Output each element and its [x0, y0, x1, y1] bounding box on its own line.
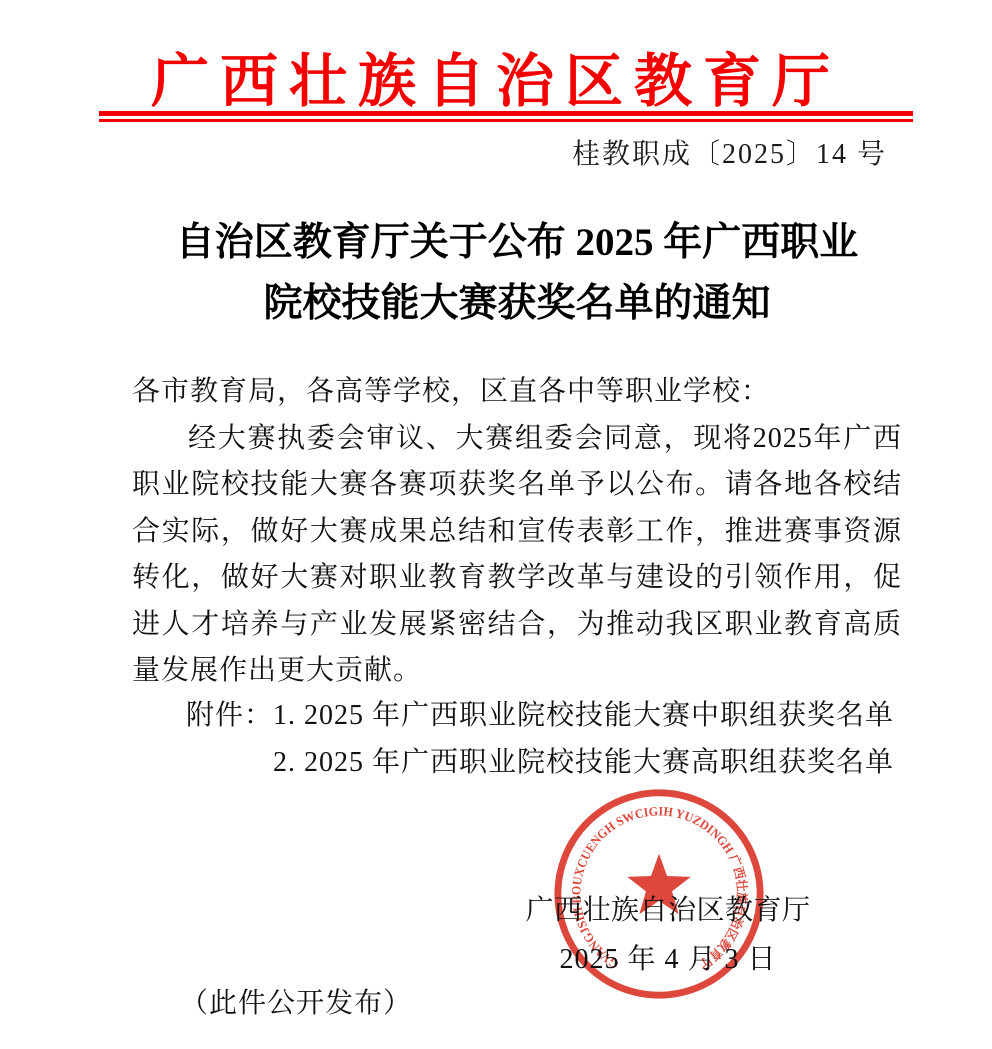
main-paragraph: 经大赛执委会审议、大赛组委会同意，现将2025年广西职业院校技能大赛各赛项获奖名…	[132, 416, 902, 695]
attachments-block: 附件： 1. 2025 年广西职业院校技能大赛中职组获奖名单 2. 2025 年…	[186, 693, 894, 786]
document-title-line2: 院校技能大赛获奖名单的通知	[132, 273, 902, 334]
document-body: 各市教育局，各高等学校，区直各中等职业学校： 经大赛执委会审议、大赛组委会同意，…	[132, 369, 902, 695]
attachments-label: 附件：	[186, 693, 273, 786]
document-title-line1: 自治区教育厅关于公布 2025 年广西职业	[132, 212, 902, 273]
attachments-list: 1. 2025 年广西职业院校技能大赛中职组获奖名单 2. 2025 年广西职业…	[273, 693, 894, 786]
signature-agency: 广西壮族自治区教育厅	[468, 888, 868, 928]
attachment-item-2: 2. 2025 年广西职业院校技能大赛高职组获奖名单	[273, 740, 894, 787]
divider-thin-line	[99, 119, 913, 122]
agency-header-title: 广西壮族自治区教育厅	[0, 34, 992, 118]
attachment-item-1: 1. 2025 年广西职业院校技能大赛中职组获奖名单	[273, 693, 894, 740]
document-title: 自治区教育厅关于公布 2025 年广西职业 院校技能大赛获奖名单的通知	[132, 212, 902, 334]
document-page: 广西壮族自治区教育厅 桂教职成〔2025〕14 号 自治区教育厅关于公布 202…	[0, 0, 992, 1049]
document-number: 桂教职成〔2025〕14 号	[572, 132, 887, 172]
header-divider-rule	[99, 111, 913, 122]
signature-date: 2025 年 4 月 3 日	[468, 937, 868, 977]
public-release-note: （此件公开发布）	[180, 981, 412, 1021]
salutation-line: 各市教育局，各高等学校，区直各中等职业学校：	[132, 369, 902, 416]
